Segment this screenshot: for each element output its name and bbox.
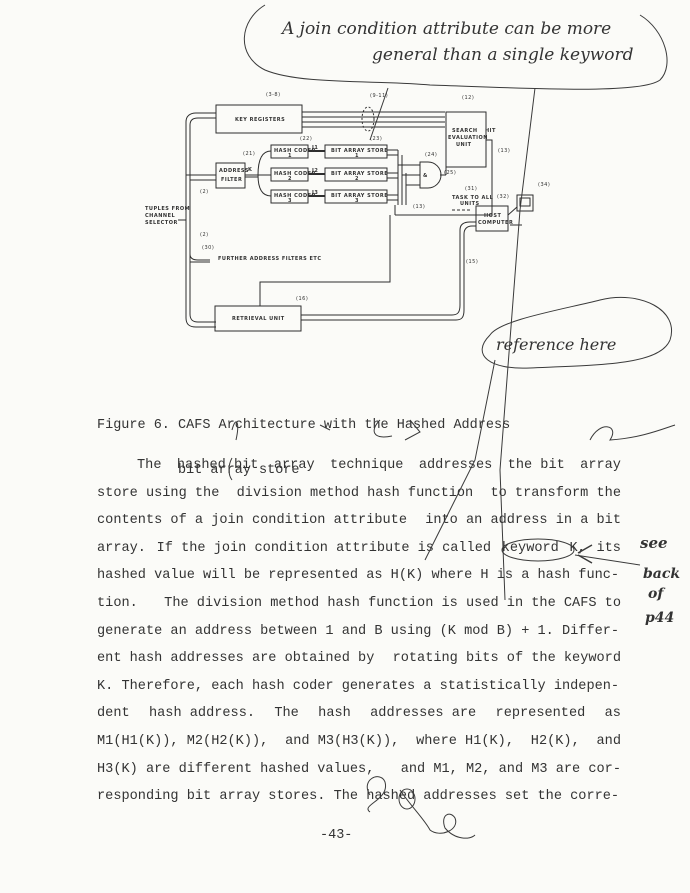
ref-search: (12): [462, 95, 474, 101]
body-line: ent hash addresses are obtained byrotati…: [97, 651, 621, 671]
j2-label: J2: [311, 168, 318, 174]
ref-task: (31): [465, 186, 477, 192]
ref-addr-filter: (21): [243, 151, 255, 157]
body-text-segment: K. Therefore, each hash coder generates …: [97, 679, 619, 699]
caption-line-1: Figure 6. CAFS Architecture with the Has…: [97, 418, 510, 433]
hash-coder-1-num: 1: [288, 153, 292, 159]
body-line: generate an address between 1 and B usin…: [97, 624, 621, 644]
body-line: array.If the join condition attribute is…: [97, 541, 621, 561]
body-text-segment: hash address.: [149, 706, 255, 726]
bit-array-store-3-num: 3: [355, 198, 359, 204]
body-text-segment: dent: [97, 706, 130, 726]
body-text-segment: division method hash function: [237, 486, 474, 506]
body-text-segment: as: [605, 706, 621, 726]
hash-coder-3-num: 3: [288, 198, 292, 204]
body-line: tion.The division method hash function i…: [97, 596, 621, 616]
body-text-segment: to transform the: [490, 486, 621, 506]
body-text-segment: The division method hash function is use…: [164, 596, 621, 616]
terminal-icon: [517, 195, 533, 211]
search-unit-label-3: UNIT: [456, 142, 472, 148]
body-text-segment: The: [137, 458, 161, 478]
body-text-segment: and M3(H3(K)),: [285, 734, 399, 754]
body-text-segment: contents of a join condition attribute: [97, 513, 407, 533]
body-text-segment: array: [274, 458, 315, 478]
body-text-segment: and: [597, 734, 621, 754]
k-label: K: [248, 167, 253, 173]
body-line: responding bit array stores. The hashed …: [97, 789, 621, 809]
search-unit-label: SEARCH: [452, 128, 478, 134]
body-text-segment: addresses: [419, 458, 492, 478]
ref-hit: (13): [498, 148, 510, 154]
task-label-2: UNITS: [460, 201, 480, 207]
body-text-segment: technique: [330, 458, 403, 478]
ref-retrieval-bus: (15): [466, 259, 478, 265]
ref-terminal: (34): [538, 182, 550, 188]
bit-array-store-3-label: BIT ARRAY STORE: [331, 193, 388, 199]
retrieval-unit-label: RETRIEVAL UNIT: [232, 316, 285, 322]
body-text-segment: its: [596, 541, 620, 561]
body-text-segment: responding bit array stores. The hashed …: [97, 789, 619, 809]
body-text-segment: where H1(K),: [416, 734, 514, 754]
bit-array-store-2-num: 2: [355, 176, 359, 182]
bit-array-store-1-num: 1: [355, 153, 359, 159]
tuples-label-3: SELECTOR: [145, 220, 178, 226]
bit-array-store-1-label: BIT ARRAY STORE: [331, 148, 388, 154]
body-text-segment: and M1, M2, and M3 are cor-: [401, 762, 621, 782]
body-text-segment: array: [580, 458, 621, 478]
body-text-segment: M1(H1(K)), M2(H2(K)),: [97, 734, 268, 754]
body-text-segment: into an address in a bit: [425, 513, 621, 533]
body-text-segment: ent hash addresses are obtained by: [97, 651, 374, 671]
ref-retrieval: (16): [296, 296, 308, 302]
body-text-segment: addresses are: [370, 706, 476, 726]
ref-lower-input: (2): [200, 232, 209, 238]
ref-further: (30): [202, 245, 214, 251]
body-line: store using thedivision method hash func…: [97, 486, 621, 506]
body-text-segment: The: [274, 706, 298, 726]
and-label: &: [423, 173, 428, 179]
body-line: hashed value will be represented as H(K)…: [97, 568, 621, 588]
page-number: -43-: [320, 828, 352, 843]
body-line: contents of a join condition attributein…: [97, 513, 621, 533]
body-text-segment: the bit: [508, 458, 565, 478]
body-text-segment: generate an address between 1 and B usin…: [97, 624, 619, 644]
body-line: Thehashed bitarraytechniqueaddressesthe …: [137, 458, 621, 478]
ref-feedback: (13): [413, 204, 425, 210]
hash-coder-1-label: HASH CODER: [274, 148, 316, 154]
hash-coder-2-num: 2: [288, 176, 292, 182]
ref-host: (32): [497, 194, 509, 200]
body-text-segment: store using the: [97, 486, 219, 506]
address-filter-block: [216, 163, 245, 188]
body-text-segment: H2(K),: [531, 734, 580, 754]
ref-key-reg: (3-8): [266, 92, 281, 98]
body-line: K. Therefore, each hash coder generates …: [97, 679, 621, 699]
search-unit-label-2: EVALUATION: [448, 135, 488, 141]
address-filter-label: ADDRESS: [219, 168, 249, 174]
body-text-segment: hashed value will be represented as H(K)…: [97, 568, 619, 588]
ref-and-out: (25): [444, 170, 456, 176]
body-text-segment: array.: [97, 541, 146, 561]
body-line: denthash address.Thehashaddresses arerep…: [97, 706, 621, 726]
body-line: M1(H1(K)), M2(H2(K)),and M3(H3(K)),where…: [97, 734, 621, 754]
body-text-segment: represented: [496, 706, 586, 726]
body-text-segment: If the join condition attribute is calle…: [157, 541, 491, 561]
body-text-segment: hashed bit: [177, 458, 259, 478]
ref-bit-store: (23): [370, 136, 382, 142]
further-filters-label: FURTHER ADDRESS FILTERS ETC: [218, 256, 322, 262]
key-registers-label: KEY REGISTERS: [235, 117, 285, 123]
host-computer-label-2: COMPUTER: [478, 220, 513, 226]
body-text-segment: H3(K) are different hashed values,: [97, 762, 374, 782]
body-text-segment: keyword: [502, 541, 559, 561]
j3-label: J3: [311, 190, 318, 196]
host-computer-label: HOST: [484, 213, 502, 219]
j1-label: J1: [311, 145, 318, 151]
address-filter-label-2: FILTER: [221, 177, 242, 183]
tuples-label: TUPLES FROM: [145, 206, 190, 212]
bit-array-store-2-label: BIT ARRAY STORE: [331, 171, 388, 177]
body-text-segment: tion.: [97, 596, 138, 616]
body-text-segment: K,: [570, 541, 586, 561]
ref-and: (24): [425, 152, 437, 158]
hit-label: HIT: [485, 128, 496, 134]
ref-hash-coder: (22): [300, 136, 312, 142]
ref-bus: (9-11): [370, 93, 388, 99]
ref-input: (2): [200, 189, 209, 195]
hash-coder-3-label: HASH CODER: [274, 193, 316, 199]
body-line: H3(K) are different hashed values,and M1…: [97, 762, 621, 782]
hash-coder-2-label: HASH CODER: [274, 171, 316, 177]
tuples-label-2: CHANNEL: [145, 213, 176, 219]
body-text-segment: rotating bits of the keyword: [393, 651, 621, 671]
body-text-segment: hash: [318, 706, 351, 726]
